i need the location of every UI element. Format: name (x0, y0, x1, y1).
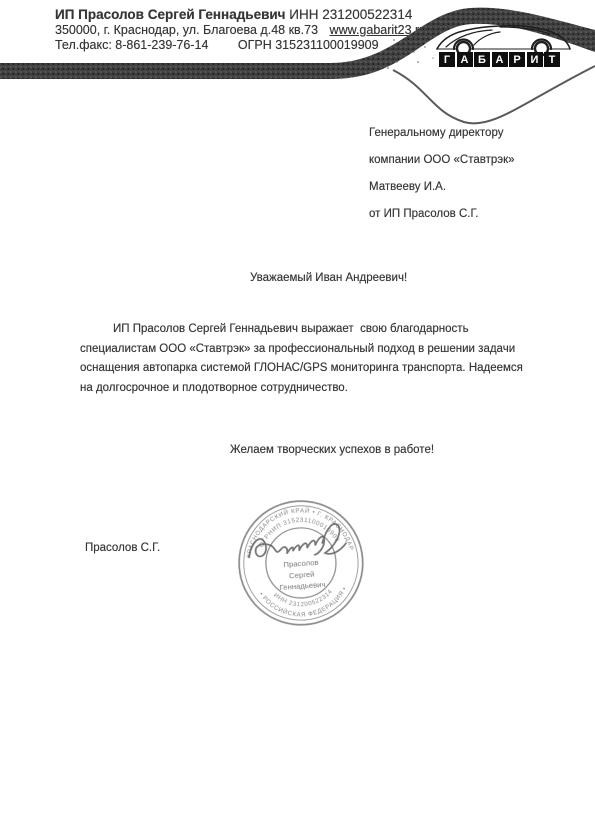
recipient-line: от ИП Прасолов С.Г. (369, 201, 515, 228)
logo-letter: А (492, 52, 508, 67)
signer-name: Прасолов С.Г. (85, 542, 160, 554)
letterhead-line-3: Тел.факс: 8-861-239-76-14 ОГРН 315231100… (55, 38, 379, 52)
letterhead-inn: ИНН 231200522314 (289, 7, 412, 22)
scanned-letter-page: ИП Прасолов Сергей Геннадьевич ИНН 23120… (0, 0, 595, 818)
stamp-center-line: Прасолов (283, 558, 319, 569)
body-paragraph: ИП Прасолов Сергей Геннадьевич выражает … (80, 320, 532, 398)
logo-letter: Г (439, 52, 455, 67)
logo-letter: Б (474, 52, 490, 67)
logo-gabarit-label: Г А Б А Р И Т (439, 52, 560, 67)
swoosh-line (393, 66, 595, 123)
logo-letter: Р (509, 52, 525, 67)
speckle-dots (387, 32, 433, 68)
recipient-line: Генеральному директору (369, 120, 515, 147)
letterhead-line-1: ИП Прасолов Сергей Геннадьевич ИНН 23120… (55, 7, 412, 22)
recipient-line: Матвееву И.А. (369, 174, 515, 201)
stamp-center-text: Прасолов Сергей Геннадьевич (278, 557, 326, 592)
round-stamp: КРАСНОДАРСКИЙ КРАЙ • Г. КРАСНОДАР • РОСС… (228, 491, 373, 636)
recipient-line: компании ООО «Ставтрэк» (369, 147, 515, 174)
letterhead-line-2: 350000, г. Краснодар, ул. Благоева д.48 … (55, 23, 426, 37)
car-logo-drawing (437, 26, 570, 55)
logo-letter: И (527, 52, 543, 67)
stamp-center-line: Геннадьевич (279, 580, 326, 592)
salutation-line: Уважаемый Иван Андреевич! (250, 272, 407, 284)
stamp-center-line: Сергей (289, 569, 315, 580)
closing-wish-line: Желаем творческих успехов в работе! (230, 444, 434, 456)
recipient-block: Генеральному директору компании ООО «Ста… (369, 120, 515, 228)
letterhead-owner-name: ИП Прасолов Сергей Геннадьевич (55, 7, 286, 22)
letterhead-phone: Тел.факс: 8-861-239-76-14 (55, 38, 208, 52)
letterhead-ogrn: ОГРН 315231100019909 (238, 38, 379, 52)
letterhead-website-link: www.gabarit23.ru (330, 23, 427, 37)
logo-letter: Т (544, 52, 560, 67)
letterhead-address: 350000, г. Краснодар, ул. Благоева д.48 … (55, 23, 318, 37)
logo-letter: А (457, 52, 473, 67)
